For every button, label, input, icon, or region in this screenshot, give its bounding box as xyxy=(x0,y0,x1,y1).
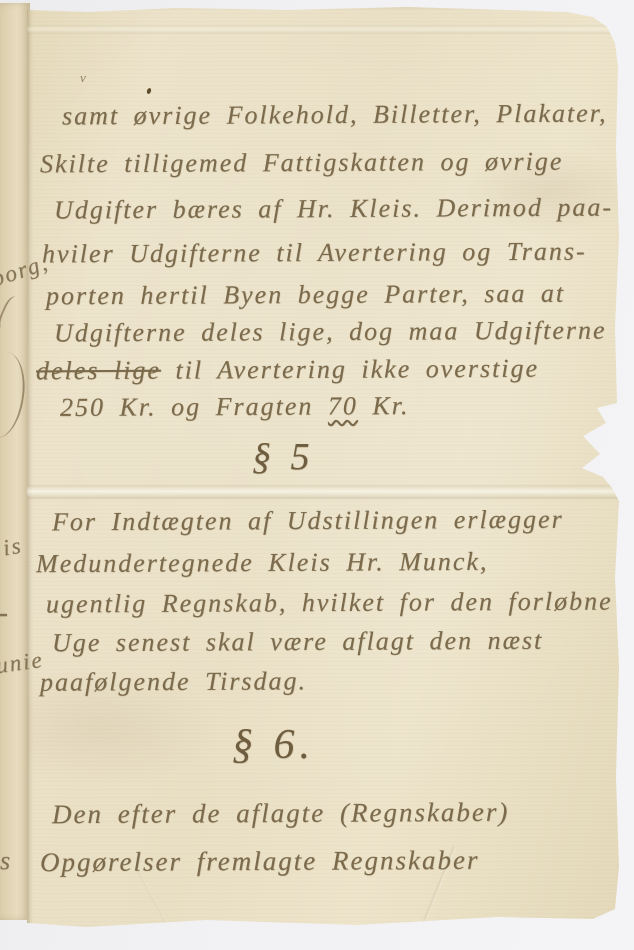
manuscript-line: Udgifterne deles lige, dog maa Udgiftern… xyxy=(54,316,607,349)
manuscript-line: ugentlig Regnskab, hvilket for den forlø… xyxy=(46,587,613,620)
manuscript-line: Medundertegnede Kleis Hr. Munck, xyxy=(36,547,489,579)
manuscript-line: Den efter de aflagte (Regnskaber) xyxy=(52,797,510,830)
manuscript-line-text: til Avertering ikke overstige xyxy=(161,354,539,385)
manuscript-line: hviler Udgifterne til Avertering og Tran… xyxy=(42,237,587,270)
pencil-check-mark: v xyxy=(80,70,86,86)
fold-crease xyxy=(137,869,172,932)
photo-of-manuscript: { "photo": { "background_color": "#f1f1f… xyxy=(0,0,634,950)
manuscript-line: 250 Kr. og Fragten 70 Kr. xyxy=(60,391,410,423)
manuscript-line: Udgifter bæres af Hr. Kleis. Derimod paa… xyxy=(54,193,613,226)
wavy-underlined-number: 70 xyxy=(328,391,358,420)
paper-texture xyxy=(27,7,619,930)
manuscript-line-text: 250 Kr. og Fragten xyxy=(60,392,328,422)
manuscript-line: paafølgende Tirsdag. xyxy=(40,666,307,697)
margin-fragment: - xyxy=(0,596,10,630)
underlying-page-edge xyxy=(0,3,30,920)
manuscript-line: porten hertil Byen begge Parter, saa at xyxy=(46,279,565,312)
manuscript-line: deles lige til Avertering ikke overstige xyxy=(36,354,539,387)
manuscript-page: v samt øvrige Folkehold, Billetter, Plak… xyxy=(27,7,619,930)
section-5-heading: § 5 xyxy=(252,435,315,479)
manuscript-line: Uge senest skal være aflagt den næst xyxy=(52,626,543,659)
manuscript-line: Opgørelser fremlagte Regnskaber xyxy=(40,845,480,878)
section-6-heading: § 6. xyxy=(232,721,315,769)
manuscript-line: samt øvrige Folkehold, Billetter, Plakat… xyxy=(62,99,608,132)
ink-spot xyxy=(146,87,152,94)
manuscript-line-text: Kr. xyxy=(358,391,410,420)
fold-crease xyxy=(27,485,619,499)
struck-through-words: deles lige xyxy=(36,356,161,386)
margin-fragment: s xyxy=(0,846,12,876)
fold-crease xyxy=(27,25,619,34)
manuscript-line: For Indtægten af Udstillingen erlægger xyxy=(52,505,564,538)
manuscript-line: Skilte tilligemed Fattigskatten og øvrig… xyxy=(40,147,564,180)
